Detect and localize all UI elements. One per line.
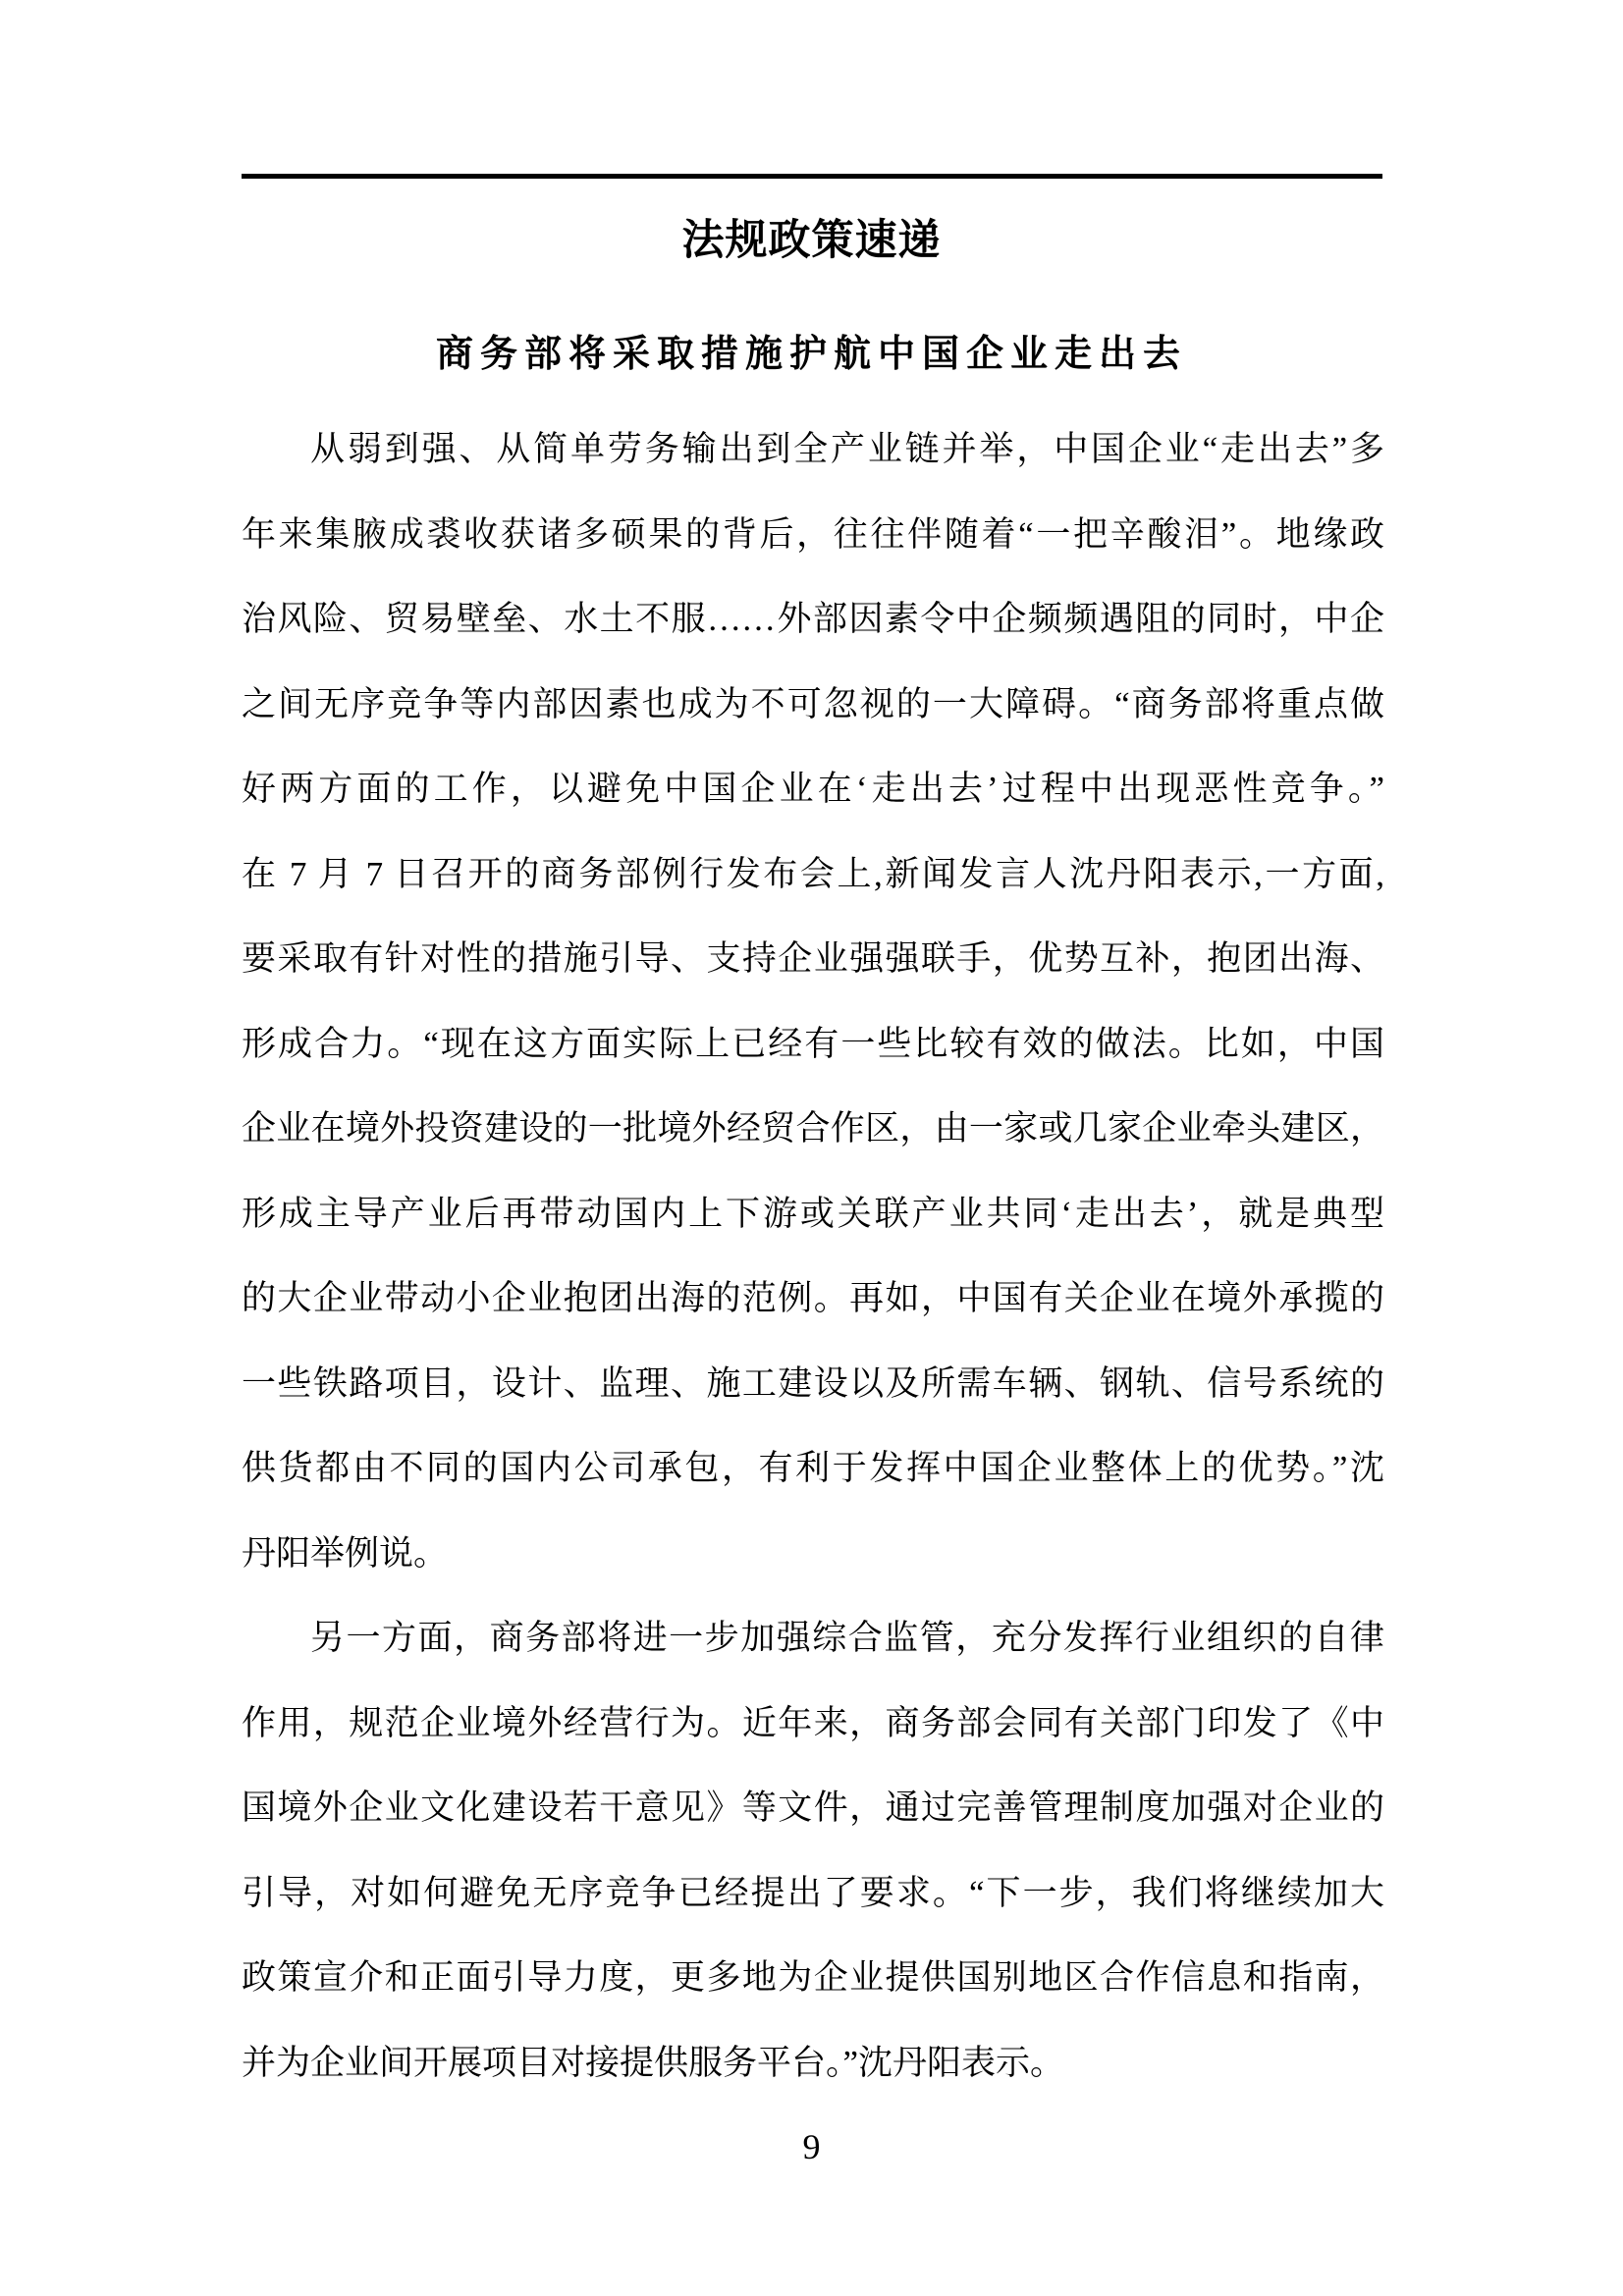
header-rule: [242, 174, 1382, 179]
body-line: 丹阳举例说。: [242, 1512, 1384, 1597]
body-line: 另一方面，商务部将进一步加强综合监管，充分发挥行业组织的自律: [242, 1596, 1384, 1682]
article-body: 从弱到强、从简单劳务输出到全产业链并举，中国企业“走出去”多 年来集腋成裘收获诸…: [242, 407, 1384, 2106]
body-line: 供货都由不同的国内公司承包，有利于发挥中国企业整体上的优势。”沈: [242, 1426, 1384, 1512]
body-line: 国境外企业文化建设若干意见》等文件，通过完善管理制度加强对企业的: [242, 1766, 1384, 1851]
body-line: 一些铁路项目，设计、监理、施工建设以及所需车辆、钢轨、信号系统的: [242, 1342, 1384, 1427]
body-line: 企业在境外投资建设的一批境外经贸合作区，由一家或几家企业牵头建区，: [242, 1087, 1384, 1172]
page-number: 9: [0, 2126, 1623, 2167]
body-line: 政策宣介和正面引导力度，更多地为企业提供国别地区合作信息和指南，: [242, 1936, 1384, 2021]
body-line: 之间无序竞争等内部因素也成为不可忽视的一大障碍。“商务部将重点做: [242, 663, 1384, 748]
body-line: 的大企业带动小企业抱团出海的范例。再如，中国有关企业在境外承揽的: [242, 1256, 1384, 1342]
body-line: 并为企业间开展项目对接提供服务平台。”沈丹阳表示。: [242, 2021, 1384, 2107]
body-line: 引导，对如何避免无序竞争已经提出了要求。“下一步，我们将继续加大: [242, 1851, 1384, 1937]
body-line: 好两方面的工作，以避免中国企业在‘走出去’过程中出现恶性竞争。”: [242, 747, 1384, 832]
section-title: 法规政策速递: [0, 215, 1623, 266]
body-line: 从弱到强、从简单劳务输出到全产业链并举，中国企业“走出去”多: [242, 407, 1384, 493]
body-line: 形成合力。“现在这方面实际上已经有一些比较有效的做法。比如，中国: [242, 1002, 1384, 1088]
body-line: 要采取有针对性的措施引导、支持企业强强联手，优势互补，抱团出海、: [242, 917, 1384, 1002]
body-line: 治风险、贸易壁垒、水土不服……外部因素令中企频频遇阻的同时，中企: [242, 577, 1384, 663]
article-title: 商务部将采取措施护航中国企业走出去: [0, 331, 1623, 378]
body-line: 年来集腋成裘收获诸多硕果的背后，往往伴随着“一把辛酸泪”。地缘政: [242, 493, 1384, 578]
document-page: 法规政策速递 商务部将采取措施护航中国企业走出去 从弱到强、从简单劳务输出到全产…: [0, 0, 1623, 2296]
body-line: 形成主导产业后再带动国内上下游或关联产业共同‘走出去’，就是典型: [242, 1172, 1384, 1257]
body-line: 作用，规范企业境外经营行为。近年来，商务部会同有关部门印发了《中: [242, 1682, 1384, 1767]
body-line: 在 7 月 7 日召开的商务部例行发布会上,新闻发言人沈丹阳表示,一方面,: [242, 832, 1384, 918]
